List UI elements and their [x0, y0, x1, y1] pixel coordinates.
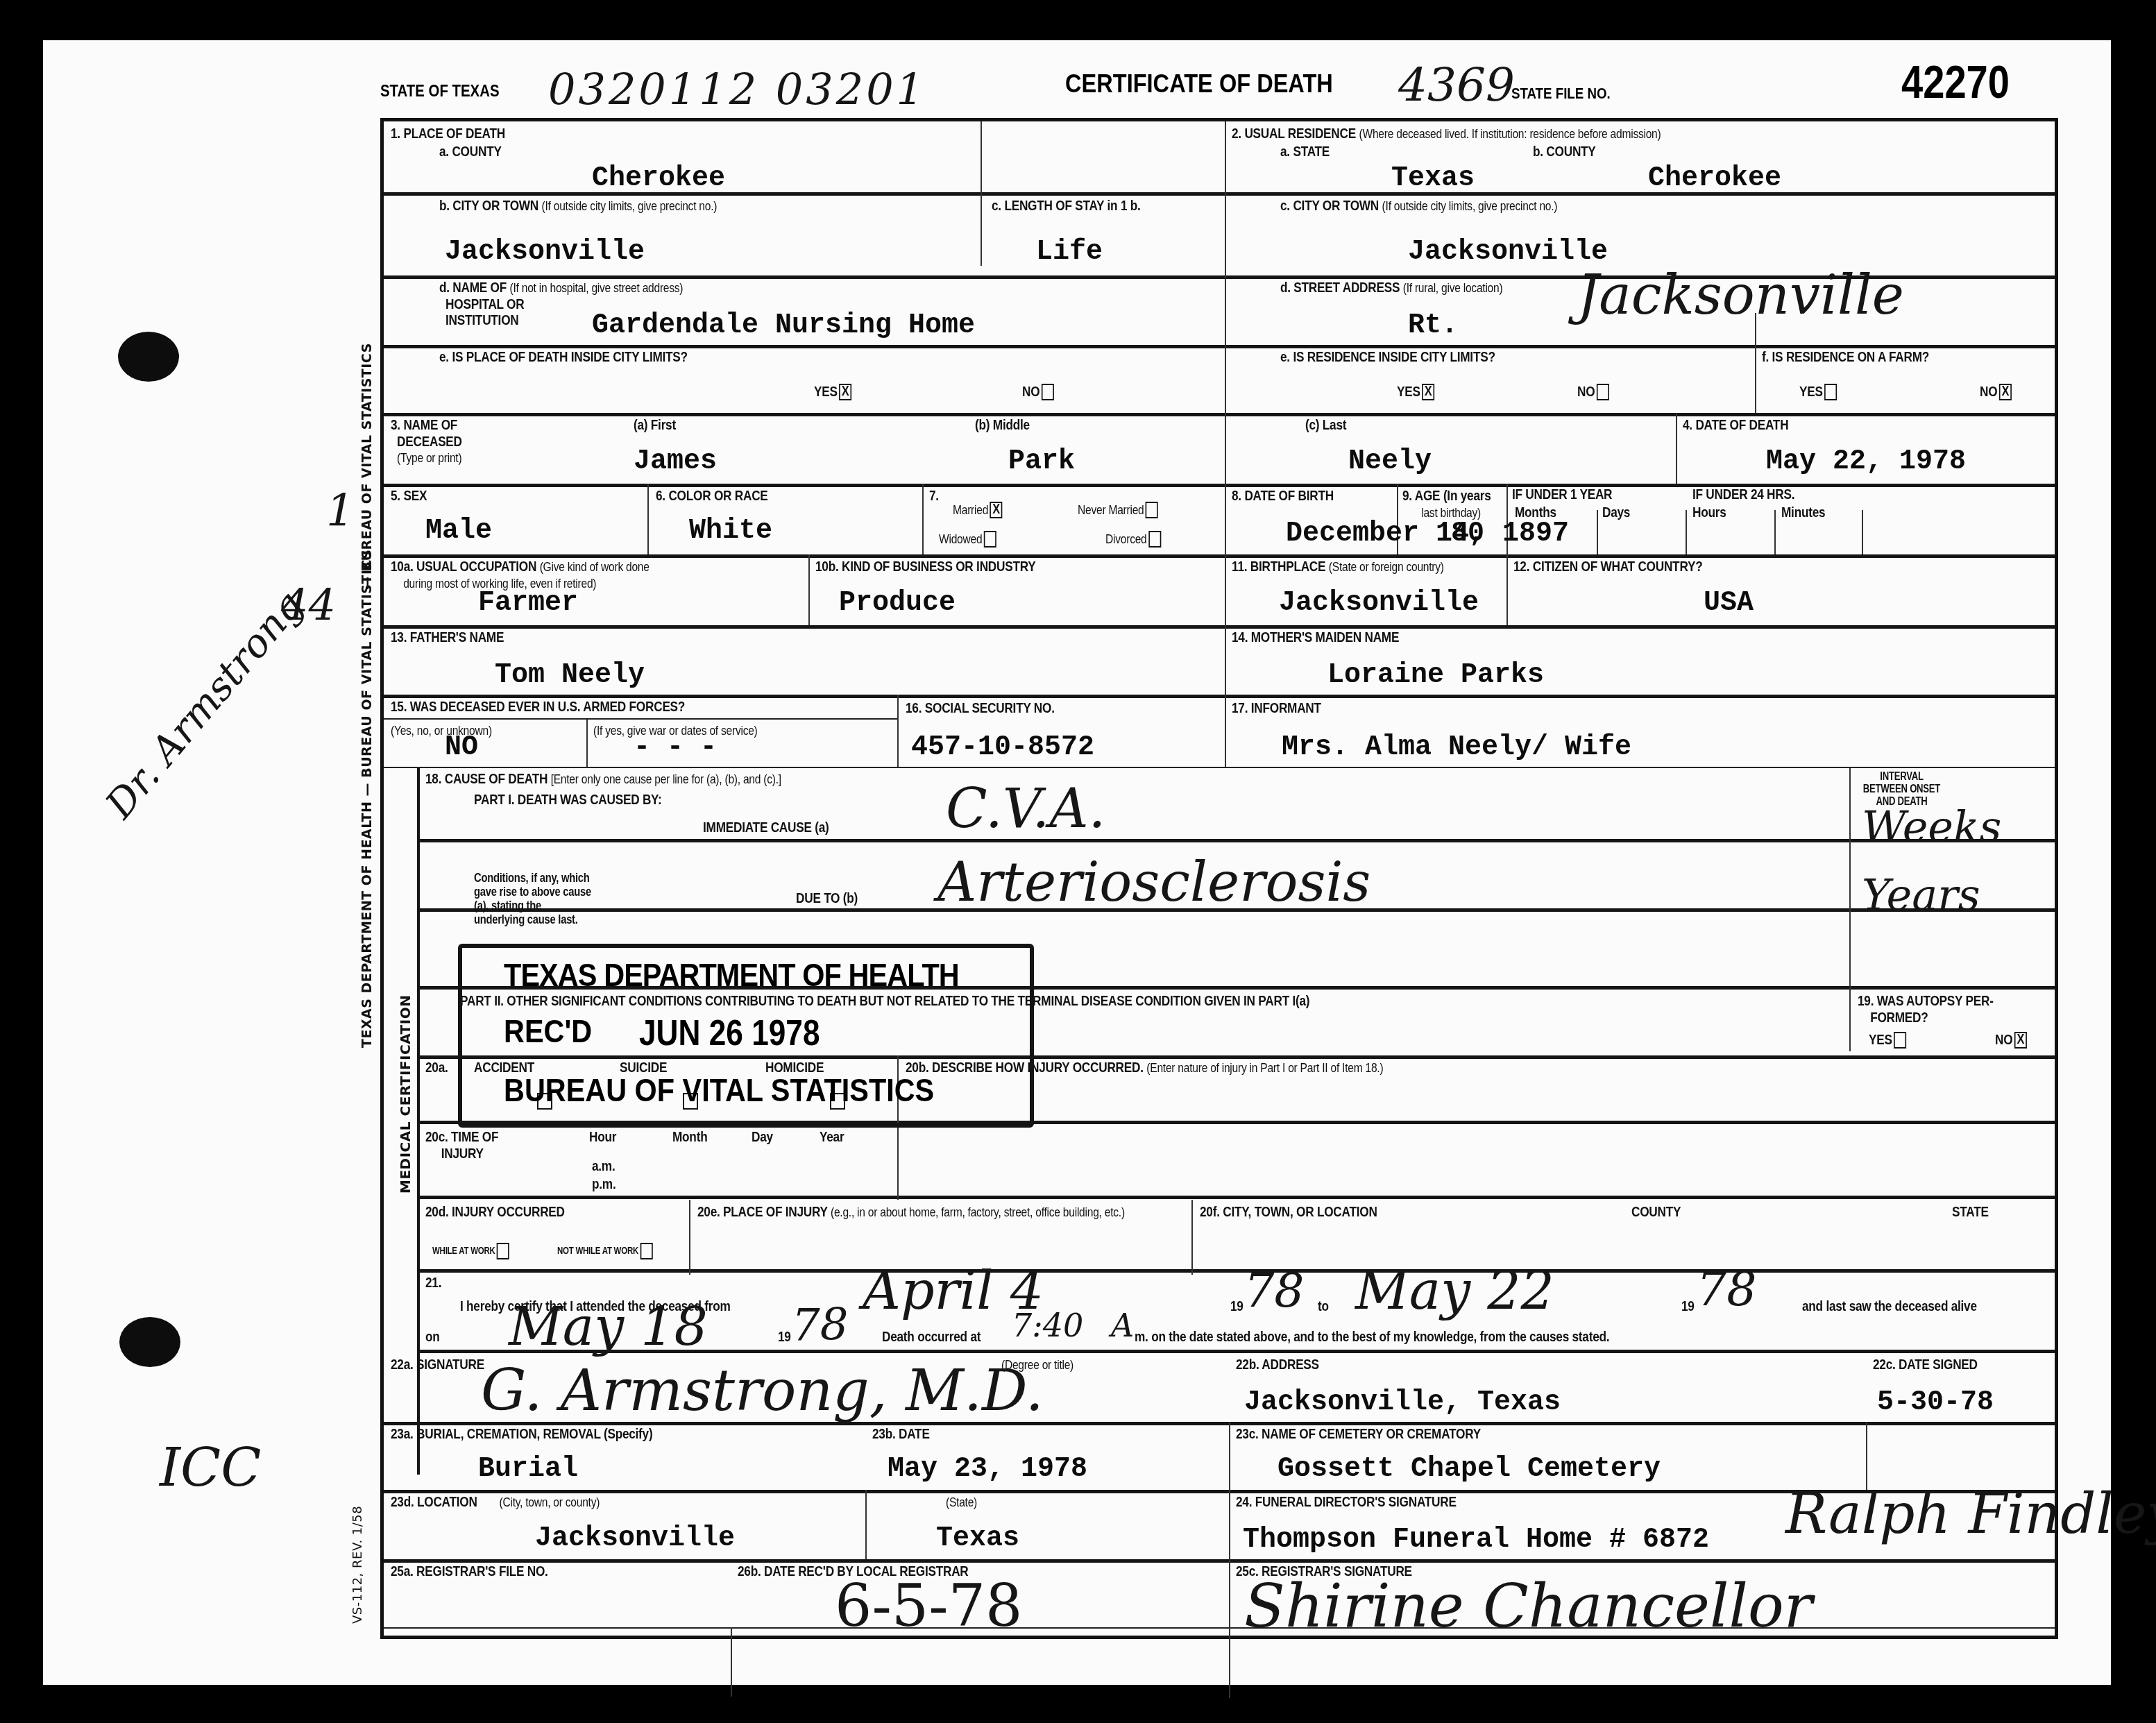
address-value: Jacksonville, Texas	[1244, 1387, 1561, 1418]
while-at-work-option[interactable]: WHILE AT WORK	[432, 1243, 509, 1259]
from-year-prefix: 19	[1230, 1298, 1243, 1315]
handwritten-file-number: 4369	[1398, 58, 1515, 112]
certify-text-3: m. on the date stated above, and to the …	[1135, 1329, 1609, 1346]
marital-status-label: 7.	[929, 488, 939, 504]
from-year: 78	[1244, 1264, 1305, 1318]
injury-county-label: COUNTY	[1631, 1204, 1681, 1221]
cemetery-value: Gossett Chapel Cemetery	[1278, 1454, 1661, 1485]
father-name-value: Tom Neely	[495, 660, 645, 691]
interval-a-value: Weeks	[1862, 801, 2001, 852]
interval-b-value: Years	[1862, 869, 1980, 920]
industry-value: Produce	[839, 588, 956, 619]
certificate-title: CERTIFICATE OF DEATH	[1065, 69, 1333, 99]
location-label: 23d. LOCATION (City, town, or county)	[391, 1494, 600, 1511]
burial-label: 23a. BURIAL, CREMATION, REMOVAL (Specify…	[391, 1426, 652, 1443]
handwritten-code: 0320112 03201	[548, 64, 926, 114]
date-of-death-value: May 22, 1978	[1766, 446, 1966, 477]
checkbox-yes[interactable]	[1894, 1032, 1906, 1049]
date-received-value: 6-5-78	[835, 1572, 1023, 1640]
middle-name-label: (b) Middle	[975, 417, 1030, 434]
punch-hole	[118, 332, 179, 382]
autopsy-yes[interactable]: YES	[1869, 1032, 1906, 1049]
sex-value: Male	[425, 516, 492, 547]
under-24-hours-label: IF UNDER 24 HRS.	[1692, 486, 1794, 503]
date-signed-value: 5-30-78	[1877, 1387, 1994, 1418]
age-value: 80	[1451, 518, 1484, 550]
stamp-recd-label: REC'D	[504, 1012, 592, 1050]
hour-label: Hour	[589, 1129, 616, 1146]
middle-name-value: Park	[1008, 446, 1075, 477]
residence-state-value: Texas	[1391, 163, 1475, 194]
mother-name-value: Loraine Parks	[1327, 660, 1544, 691]
checkbox-not-while-at-work[interactable]	[640, 1243, 652, 1259]
minutes-label: Minutes	[1781, 504, 1825, 521]
stamp-department: TEXAS DEPARTMENT OF HEALTH	[504, 956, 959, 994]
sex-label: 5. SEX	[391, 488, 427, 504]
stamp-bureau: BUREAU OF VITAL STATISTICS	[504, 1071, 934, 1109]
date-of-birth-label: 8. DATE OF BIRTH	[1232, 488, 1334, 504]
birthplace-value: Jacksonville	[1279, 588, 1479, 619]
date-signed-label: 22c. DATE SIGNED	[1873, 1357, 1978, 1373]
checkbox-never-married[interactable]	[1146, 502, 1158, 518]
last-seen-year: 78	[792, 1300, 848, 1351]
inside-city-no[interactable]: NO	[1022, 384, 1054, 400]
residence-city-label: c. CITY OR TOWN (If outside city limits,…	[1280, 198, 1557, 214]
armed-forces-dates-value: - - -	[634, 732, 717, 763]
form-number: VS-112, REV. 1/58	[350, 1506, 365, 1624]
death-county-value: Cherokee	[592, 163, 725, 194]
am-label: a.m.	[592, 1158, 615, 1175]
margin-department-label: TEXAS DEPARTMENT OF HEALTH — BUREAU OF V…	[359, 550, 375, 1048]
residence-farm-no[interactable]: NOX	[1980, 384, 2012, 400]
length-of-stay-value: Life	[1036, 237, 1103, 268]
residence-inside-city-no[interactable]: NO	[1577, 384, 1609, 400]
certify-text-2: and last saw the deceased alive	[1802, 1298, 1977, 1315]
checkbox-yes[interactable]: X	[1422, 384, 1434, 400]
location-state-hint: (State)	[946, 1494, 977, 1511]
signature-label: 22a. SIGNATURE	[391, 1357, 484, 1373]
checkbox-widowed[interactable]	[984, 531, 996, 548]
burial-date-value: May 23, 1978	[888, 1454, 1087, 1485]
checkbox-no[interactable]: X	[2014, 1032, 2027, 1049]
state-of-texas-label: STATE OF TEXAS	[380, 82, 500, 101]
name-of-deceased-label: 3. NAME OF DECEASED (Type or print)	[391, 417, 462, 466]
physician-signature: G. Armstrong, M.D.	[481, 1358, 1044, 1424]
checkbox-divorced[interactable]	[1148, 531, 1161, 548]
to-label: to	[1318, 1298, 1329, 1315]
death-time: 7:40	[1012, 1307, 1083, 1344]
death-occurred-label: Death occurred at	[882, 1329, 981, 1346]
residence-inside-city-label: e. IS RESIDENCE INSIDE CITY LIMITS?	[1280, 349, 1495, 366]
checkbox-yes[interactable]	[1824, 384, 1837, 400]
location-city-value: Jacksonville	[535, 1523, 735, 1554]
autopsy-label: 19. WAS AUTOPSY PER- FORMED?	[1858, 993, 1994, 1026]
residence-city-value: Jacksonville	[1408, 237, 1608, 268]
certificate-number: 42270	[1901, 56, 2010, 108]
ssn-value: 457-10-8572	[911, 732, 1094, 763]
residence-county-value: Cherokee	[1648, 163, 1781, 194]
year-label: Year	[820, 1129, 844, 1146]
immediate-cause-value: C.V.A.	[946, 778, 1105, 840]
age-label: 9. AGE (In years last birthday)	[1402, 488, 1491, 520]
state-file-label: STATE FILE NO.	[1511, 85, 1611, 103]
month-label: Month	[672, 1129, 707, 1146]
residence-farm-label: f. IS RESIDENCE ON A FARM?	[1762, 349, 1929, 366]
last-seen-date: May 18	[509, 1296, 708, 1357]
birthplace-label: 11. BIRTHPLACE (State or foreign country…	[1232, 559, 1444, 575]
cause-of-death-label: 18. CAUSE OF DEATH [Enter only one cause…	[425, 771, 781, 788]
informant-label: 17. INFORMANT	[1232, 700, 1321, 717]
months-label: Months	[1515, 504, 1556, 521]
street-address-handwritten: Jacksonville	[1577, 264, 1904, 327]
due-to-b-label: DUE TO (b)	[796, 890, 858, 907]
death-time-ampm: A	[1111, 1307, 1134, 1344]
address-label: 22b. ADDRESS	[1236, 1357, 1319, 1373]
punch-hole	[119, 1317, 180, 1367]
immediate-cause-label: IMMEDIATE CAUSE (a)	[703, 820, 829, 836]
part1-label: PART I. DEATH WAS CAUSED BY:	[474, 792, 662, 808]
divorced-option[interactable]: Divorced	[1105, 531, 1161, 548]
length-of-stay-label: c. LENGTH OF STAY in 1 b.	[992, 198, 1141, 214]
stamp-date: JUN 26 1978	[639, 1012, 820, 1054]
informant-value: Mrs. Alma Neely/ Wife	[1282, 732, 1631, 763]
not-while-at-work-option[interactable]: NOT WHILE AT WORK	[557, 1243, 652, 1259]
inside-city-limits-label: e. IS PLACE OF DEATH INSIDE CITY LIMITS?	[439, 349, 688, 366]
checkbox-no[interactable]: X	[1999, 384, 2012, 400]
pm-label: p.m.	[592, 1176, 616, 1193]
day-label: Day	[752, 1129, 773, 1146]
on-label: on	[425, 1329, 440, 1346]
place-of-injury-label: 20e. PLACE OF INJURY (e.g., in or about …	[697, 1204, 1125, 1221]
checkbox-yes[interactable]: X	[839, 384, 851, 400]
under-1-year-label: IF UNDER 1 YEAR	[1512, 486, 1612, 503]
death-certificate-form: 1. PLACE OF DEATH a. COUNTY Cherokee b. …	[380, 118, 2058, 1639]
injury-city-label: 20f. CITY, TOWN, OR LOCATION	[1200, 1204, 1377, 1221]
first-name-label: (a) First	[634, 417, 676, 434]
burial-value: Burial	[478, 1454, 578, 1485]
certification-number: 21.	[425, 1275, 441, 1291]
days-label: Days	[1602, 504, 1630, 521]
received-stamp: TEXAS DEPARTMENT OF HEALTH REC'D JUN 26 …	[458, 944, 1034, 1128]
never-married-option[interactable]: Never Married	[1078, 502, 1158, 518]
mother-name-label: 14. MOTHER'S MAIDEN NAME	[1232, 629, 1399, 646]
injury-type-label: 20a.	[425, 1060, 448, 1076]
funeral-director-signature: Ralph Findley	[1785, 1482, 2156, 1546]
conditions-label: Conditions, if any, which gave rise to a…	[474, 871, 593, 927]
injury-state-label: STATE	[1952, 1204, 1989, 1221]
residence-county-label: b. COUNTY	[1533, 144, 1596, 160]
citizenship-value: USA	[1704, 588, 1754, 619]
ssn-label: 16. SOCIAL SECURITY NO.	[906, 700, 1055, 717]
armed-forces-label: 15. WAS DECEASED EVER IN U.S. ARMED FORC…	[391, 699, 685, 715]
inside-city-yes[interactable]: YESX	[814, 384, 851, 400]
street-address-value: Rt.	[1408, 310, 1458, 341]
time-of-injury-label: 20c. TIME OF INJURY	[425, 1129, 498, 1162]
location-state-value: Texas	[936, 1523, 1019, 1554]
widowed-option[interactable]: Widowed	[939, 531, 996, 548]
race-label: 6. COLOR OR RACE	[656, 488, 768, 504]
burial-date-label: 23b. DATE	[872, 1426, 930, 1443]
first-name-value: James	[634, 446, 717, 477]
checkbox-while-at-work[interactable]	[497, 1243, 509, 1259]
occupation-label: 10a. USUAL OCCUPATION (Give kind of work…	[391, 559, 650, 591]
occupation-value: Farmer	[478, 588, 578, 619]
death-city-value: Jacksonville	[445, 237, 645, 268]
residence-state-label: a. STATE	[1280, 144, 1330, 160]
county-label: a. COUNTY	[439, 144, 502, 160]
date-of-death-label: 4. DATE OF DEATH	[1683, 417, 1788, 434]
margin-note-icc: ICC	[160, 1436, 261, 1498]
citizenship-label: 12. CITIZEN OF WHAT COUNTRY?	[1513, 559, 1702, 575]
due-to-b-value: Arteriosclerosis	[937, 851, 1370, 914]
married-option[interactable]: MarriedX	[953, 502, 1003, 518]
residence-farm-yes[interactable]: YES	[1799, 384, 1837, 400]
place-of-death-label: 1. PLACE OF DEATH	[391, 126, 505, 142]
institution-value: Gardendale Nursing Home	[592, 310, 975, 341]
residence-inside-city-yes[interactable]: YESX	[1397, 384, 1434, 400]
city-label: b. CITY OR TOWN (If outside city limits,…	[439, 198, 717, 214]
cemetery-label: 23c. NAME OF CEMETERY OR CREMATORY	[1236, 1426, 1481, 1443]
checkbox-no[interactable]	[1042, 384, 1054, 400]
hours-label: Hours	[1692, 504, 1726, 521]
armed-forces-value: NO	[445, 732, 478, 763]
attended-to-date: May 22	[1355, 1259, 1554, 1321]
last-name-value: Neely	[1348, 446, 1432, 477]
to-year: 78	[1697, 1262, 1757, 1317]
autopsy-no[interactable]: NOX	[1995, 1032, 2027, 1049]
industry-label: 10b. KIND OF BUSINESS OR INDUSTRY	[815, 559, 1036, 575]
usual-residence-label: 2. USUAL RESIDENCE (Where deceased lived…	[1232, 126, 1661, 142]
injury-occurred-label: 20d. INJURY OCCURRED	[425, 1204, 565, 1221]
registrar-signature: Shirine Chancellor	[1244, 1572, 1813, 1641]
funeral-director-label: 24. FUNERAL DIRECTOR'S SIGNATURE	[1236, 1494, 1457, 1511]
margin-note-1: 1	[326, 486, 355, 537]
checkbox-married[interactable]: X	[990, 502, 1003, 518]
street-address-label: d. STREET ADDRESS (If rural, give locati…	[1280, 280, 1502, 296]
last-name-label: (c) Last	[1305, 417, 1346, 434]
date-of-birth-value: December 14, 1897	[1286, 518, 1569, 550]
registrar-file-label: 25a. REGISTRAR'S FILE NO.	[391, 1563, 548, 1580]
to-year-prefix: 19	[1681, 1298, 1695, 1315]
funeral-home-value: Thompson Funeral Home # 6872	[1243, 1525, 1709, 1556]
checkbox-no[interactable]	[1597, 384, 1609, 400]
father-name-label: 13. FATHER'S NAME	[391, 629, 504, 646]
race-value: White	[689, 516, 772, 547]
last-seen-year-prefix: 19	[778, 1329, 791, 1346]
